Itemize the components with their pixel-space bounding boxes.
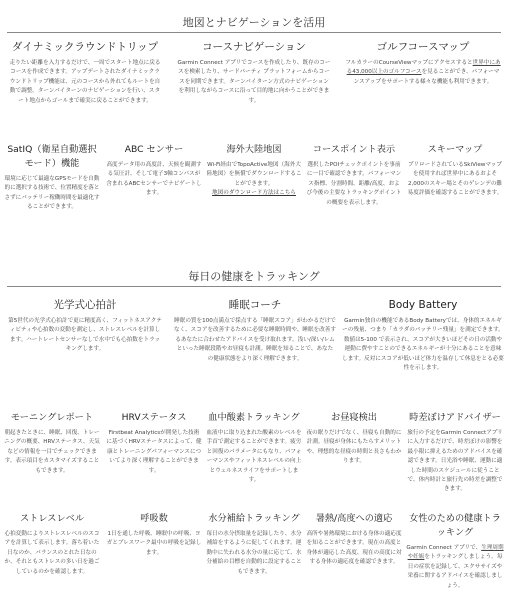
feature-morning-report: モーニングレポート 朝起きたときに、睡眠、回復、トレーニングの概要、HRVステー… xyxy=(4,411,100,476)
feature-respiration: 呼吸数 1日を通した呼吸、睡眠中の呼吸、ヨガとブレスワーク最中の呼吸を記録します… xyxy=(106,512,202,558)
feature-description: Garmin Connect アプリでコースを作成したり、既存のコースを検索した… xyxy=(177,59,331,106)
feature-description: 第5世代の光学式心拍計で更に精度高く、フィットネスアクティビティや心拍数の変動を… xyxy=(8,317,162,355)
section-header-maps-navigation: 地図とナビゲーションを活用 xyxy=(7,16,501,33)
feature-description: プリロードされているSkiViewマップを使用すれば世界中にあるおよそ2,000… xyxy=(406,161,504,199)
feature-description: 選択したPOIチェックポイントを事前に一目で確認できます。パフォーマンス指標、分… xyxy=(306,161,402,208)
feature-title: 光学式心拍計 xyxy=(8,298,162,313)
feature-heat-altitude: 暑熱/高度への適応 高所や暑熱環境における身体の適応度を知ることができます。現在… xyxy=(306,512,402,568)
feature-abc-sensor: ABC センサー 高度データ用の高度計、天候を観測する気圧計、そして電子3軸コン… xyxy=(106,143,202,199)
feature-description: 毎日の水分摂取量を記録したり、水分補給をするように促してくれます。運動中に失われ… xyxy=(206,530,302,577)
feature-description: 旅行の予定をGarmin Connectアプリに入力するだけで、時差ぼけの影響を… xyxy=(406,429,504,495)
feature-title: 血中酸素トラッキング xyxy=(206,411,302,425)
feature-title: 暑熱/高度への適応 xyxy=(306,512,402,526)
feature-description: Wi-Fi経由でTopoActive地図（海外大陸地図）を無償でダウンロードする… xyxy=(206,161,302,189)
feature-description: 1日を通した呼吸、睡眠中の呼吸、ヨガとブレスワーク最中の呼吸を記録します。 xyxy=(106,530,202,558)
feature-description: 夜の眠りだけでなく、昼寝も自動的に計測。昼寝が身体にもたらすメリットや、理想的な… xyxy=(306,429,402,467)
feature-description: 血液中に取り込まれた酸素のレベルを手首で測定することができます。疲労と回復のパラ… xyxy=(206,429,302,485)
feature-title: 時差ぼけアドバイザー xyxy=(406,411,504,425)
feature-title: 水分補給トラッキング xyxy=(206,512,302,526)
feature-description: 走りたい距離を入力するだけで、一周でスタート地点に戻るコースを作成できます。アッ… xyxy=(8,59,162,106)
feature-description: Garmin独自の機能であるBody Batteryでは、身体的エネルギーの残量… xyxy=(342,317,504,373)
feature-stress-level: ストレスレベル 心拍変動によりストレスレベルのスコアを計算して表示します。落ち着… xyxy=(4,512,100,577)
feature-body-battery: Body Battery Garmin独自の機能であるBody Batteryで… xyxy=(342,298,504,373)
feature-title: お昼寝検出 xyxy=(306,411,402,425)
description-text: Garmin Connect アプリで、 xyxy=(406,545,481,551)
feature-dynamic-round-trip: ダイナミックラウンドトリップ 走りたい距離を入力するだけで、一周でスタート地点に… xyxy=(8,40,162,106)
feature-nap-detection: お昼寝検出 夜の眠りだけでなく、昼寝も自動的に計測。昼寝が身体にもたらすメリット… xyxy=(306,411,402,467)
feature-title: ABC センサー xyxy=(106,143,202,157)
map-download-link[interactable]: 地図のダウンロード方法はこちら xyxy=(206,189,302,198)
feature-description: 睡眠の質を100点満点で採点する「睡眠スコア」がわかるだけでなく、スコアを改善す… xyxy=(174,317,336,364)
feature-description: フルカラーのCourseViewマップにアクセスすると世界中にある43,000以… xyxy=(344,59,502,87)
feature-title: ダイナミックラウンドトリップ xyxy=(8,40,162,55)
divider xyxy=(7,286,501,287)
feature-description: Firstbeat Analyticsが開発した技術に基づくHRVステータスによ… xyxy=(106,429,202,476)
feature-title: HRVステータス xyxy=(106,411,202,425)
feature-title: Body Battery xyxy=(342,298,504,313)
feature-title: SatIQ（衛星自動選択モード）機能 xyxy=(4,143,100,171)
feature-sleep-coach: 睡眠コーチ 睡眠の質を100点満点で採点する「睡眠スコア」がわかるだけでなく、ス… xyxy=(174,298,336,364)
feature-hydration: 水分補給トラッキング 毎日の水分摂取量を記録したり、水分補給をするように促してく… xyxy=(206,512,302,577)
divider xyxy=(7,32,501,33)
feature-overseas-map: 海外大陸地図 Wi-Fi経由でTopoActive地図（海外大陸地図）を無償でダ… xyxy=(206,143,302,199)
description-text: フルカラーのCourseViewマップにアクセスすると xyxy=(345,60,472,66)
feature-ski-map: スキーマップ プリロードされているSkiViewマップを使用すれば世界中にあるお… xyxy=(406,143,504,199)
feature-description: 高所や暑熱環境における身体の適応度を知ることができます。現在の高度と身体が適応し… xyxy=(306,530,402,568)
section-header-health-tracking: 毎日の健康をトラッキング xyxy=(7,270,501,287)
feature-title: 海外大陸地図 xyxy=(206,143,302,157)
feature-pulse-ox: 血中酸素トラッキング 血液中に取り込まれた酸素のレベルを手首で測定することができ… xyxy=(206,411,302,485)
feature-satiq: SatIQ（衛星自動選択モード）機能 環境に応じて最適なGPSモードを自動的に選… xyxy=(4,143,100,213)
feature-golf-course-map: ゴルフコースマップ フルカラーのCourseViewマップにアクセスすると世界中… xyxy=(344,40,502,87)
section-title: 毎日の健康をトラッキング xyxy=(7,270,501,284)
feature-title: 睡眠コーチ xyxy=(174,298,336,313)
feature-description: 環境に応じて最適なGPSモードを自動的に選択する技術で、位置精度を落とさずにバッ… xyxy=(4,175,100,213)
feature-course-navigation: コースナビゲーション Garmin Connect アプリでコースを作成したり、… xyxy=(177,40,331,106)
feature-title: スキーマップ xyxy=(406,143,504,157)
feature-title: 女性のための健康トラッキング xyxy=(406,512,504,540)
feature-description: 高度データ用の高度計、天候を観測する気圧計、そして電子3軸コンパスが含まれるAB… xyxy=(106,161,202,199)
feature-womens-health: 女性のための健康トラッキング Garmin Connect アプリで、生理周期や… xyxy=(406,512,504,591)
feature-title: 呼吸数 xyxy=(106,512,202,526)
feature-title: ストレスレベル xyxy=(4,512,100,526)
feature-description: 朝起きたときに、睡眠、回復、トレーニングの概要、HRVステータス、天気などの情報… xyxy=(4,429,100,476)
section-title: 地図とナビゲーションを活用 xyxy=(7,16,501,30)
feature-hrv-status: HRVステータス Firstbeat Analyticsが開発した技術に基づくH… xyxy=(106,411,202,476)
feature-description: 心拍変動によりストレスレベルのスコアを計算して表示します。落ち着いた日なのか、バ… xyxy=(4,530,100,577)
feature-description: Garmin Connect アプリで、生理周期や妊娠をトラッキングしましょう。… xyxy=(406,544,504,591)
feature-title: ゴルフコースマップ xyxy=(344,40,502,55)
feature-course-points: コースポイント表示 選択したPOIチェックポイントを事前に一目で確認できます。パ… xyxy=(306,143,402,208)
feature-jet-lag-advisor: 時差ぼけアドバイザー 旅行の予定をGarmin Connectアプリに入力するだ… xyxy=(406,411,504,495)
feature-title: コースポイント表示 xyxy=(306,143,402,157)
feature-title: コースナビゲーション xyxy=(177,40,331,55)
feature-optical-hr: 光学式心拍計 第5世代の光学式心拍計で更に精度高く、フィットネスアクティビティや… xyxy=(8,298,162,355)
feature-title: モーニングレポート xyxy=(4,411,100,425)
